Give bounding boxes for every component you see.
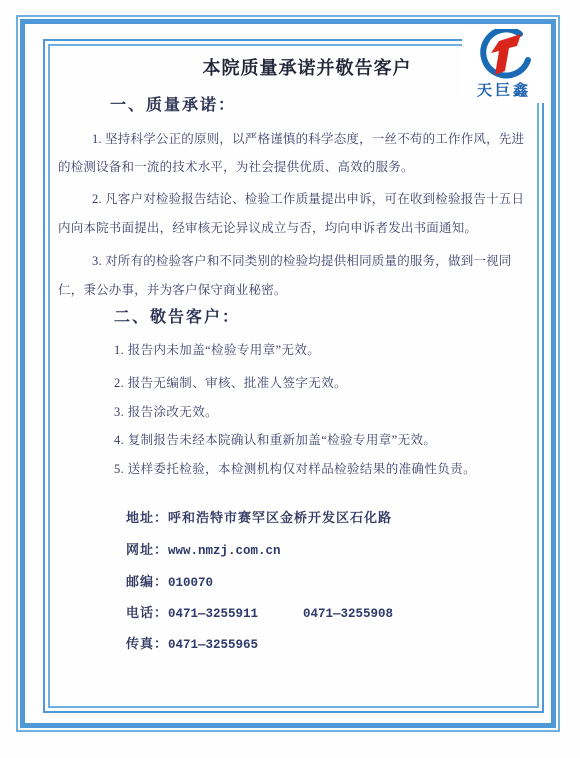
contact-label: 传真： — [126, 636, 168, 651]
notice-item: 4. 复制报告未经本院确认和重新加盖“检验专用章”无效。 — [114, 432, 436, 448]
paragraph-line: 1. 坚持科学公正的原则，以严格谨慎的科学态度，一丝不苟的工作作风，先进 — [92, 131, 524, 147]
paragraph-line: 3. 对所有的检验客户和不同类别的检验均提供相同质量的服务，做到一视同 — [92, 253, 512, 269]
document-page: 本院质量承诺并敬告客户 一、质量承诺： 1. 坚持科学公正的原则，以严格谨慎的科… — [0, 0, 580, 758]
company-logo: 天巨鑫 — [462, 29, 546, 103]
notice-item: 5. 送样委托检验，本检测机构仅对样品检验结果的准确性负责。 — [114, 461, 476, 477]
contact-row-fax: 传真：0471—3255965 — [102, 615, 258, 671]
document-content: 本院质量承诺并敬告客户 一、质量承诺： 1. 坚持科学公正的原则，以严格谨慎的科… — [56, 48, 534, 706]
notice-item: 1. 报告内未加盖“检验专用章”无效。 — [114, 342, 320, 358]
logo-mark — [475, 29, 533, 81]
blue-crescent-circle-icon — [475, 29, 533, 81]
section-1-heading: 一、质量承诺： — [110, 98, 236, 114]
paragraph-line: 的检测设备和一流的技术水平，为社会提供优质、高效的服务。 — [58, 159, 414, 175]
notice-item: 2. 报告无编制、审核、批准人签字无效。 — [114, 375, 347, 391]
logo-company-name: 天巨鑫 — [477, 79, 531, 100]
paragraph-line: 内向本院书面提出，经审核无论异议成立与否，均向申诉者发出书面通知。 — [58, 220, 477, 236]
paragraph-line: 仁，秉公办事，并为客户保守商业秘密。 — [58, 282, 287, 298]
contact-value: 0471—3255965 — [168, 638, 258, 652]
notice-item: 3. 报告涂改无效。 — [114, 404, 218, 420]
section-2-heading: 二、敬告客户： — [114, 310, 240, 326]
paragraph-line: 2. 凡客户对检验报告结论、检验工作质量提出申诉，可在收到检验报告十五日 — [92, 191, 524, 207]
red-t-arrow-icon — [491, 34, 521, 75]
